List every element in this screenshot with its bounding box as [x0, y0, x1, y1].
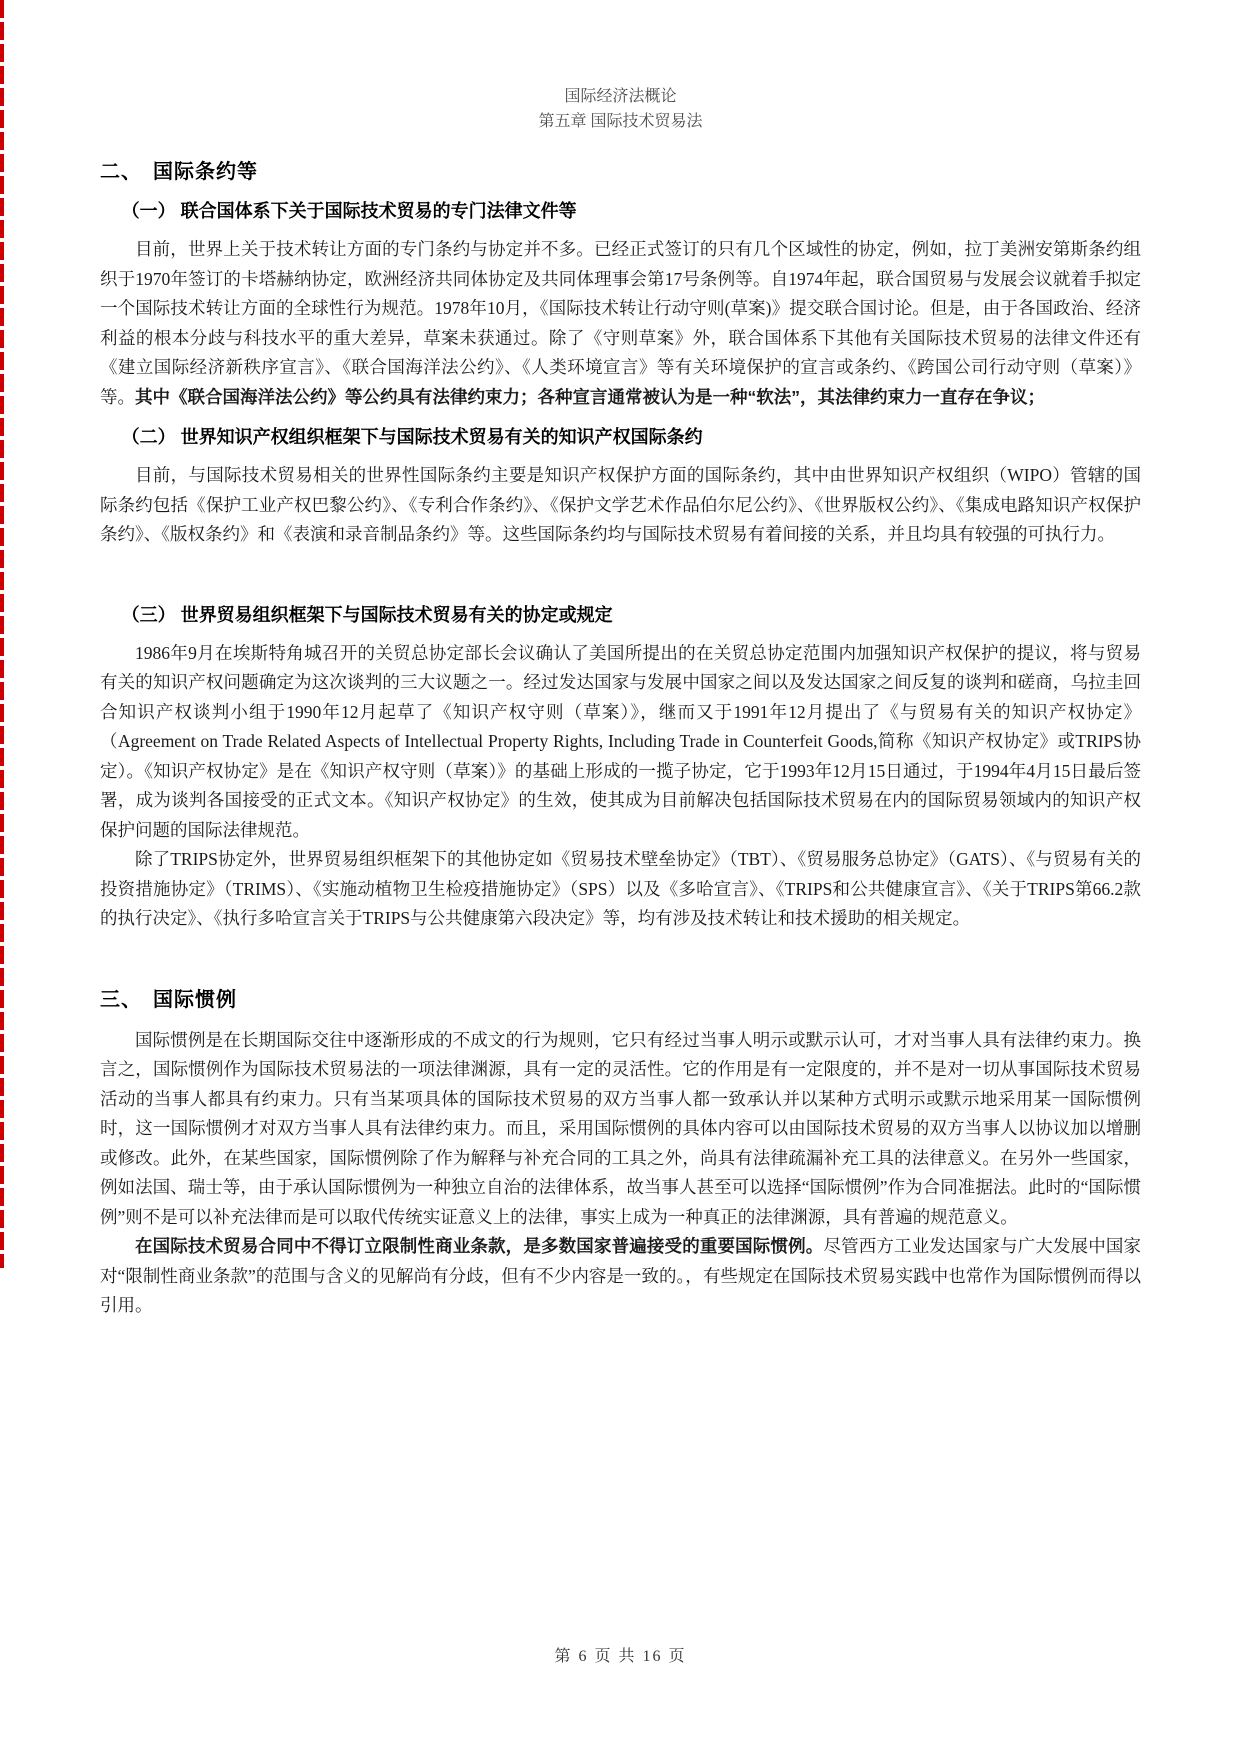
text-run: 国际惯例是在长期国际交往中逐渐形成的不成文的行为规则，它只有经过当事人明示或默示…: [100, 1030, 1141, 1227]
text-run: 二、 国际条约等: [100, 161, 258, 183]
paragraph: 除了TRIPS协定外，世界贸易组织框架下的其他协定如《贸易技术壁垒协定》（TBT…: [100, 845, 1141, 934]
revision-marks-bar: [0, 0, 4, 1268]
page-number: 第 6 页 共 16 页: [554, 1648, 686, 1665]
section-heading: 三、 国际惯例: [100, 986, 1141, 1014]
page-footer: 第 6 页 共 16 页: [0, 1643, 1241, 1666]
document-body: 二、 国际条约等（一） 联合国体系下关于国际技术贸易的专门法律文件等目前，世界上…: [100, 158, 1141, 1321]
section-heading: （二） 世界知识产权组织框架下与国际技术贸易有关的知识产权国际条约: [100, 424, 1141, 451]
text-run: 目前，与国际技术贸易相关的世界性国际条约主要是知识产权保护方面的国际条约，其中由…: [100, 465, 1141, 544]
text-run: 目前，世界上关于技术转让方面的专门条约与协定并不多。已经正式签订的只有几个区域性…: [100, 239, 1141, 407]
paragraph: 目前，世界上关于技术转让方面的专门条约与协定并不多。已经正式签订的只有几个区域性…: [100, 235, 1141, 412]
document-page: 国际经济法概论 第五章 国际技术贸易法 二、 国际条约等（一） 联合国体系下关于…: [0, 0, 1241, 1754]
paragraph: 国际惯例是在长期国际交往中逐渐形成的不成文的行为规则，它只有经过当事人明示或默示…: [100, 1026, 1141, 1233]
header-title: 国际经济法概论: [100, 84, 1141, 109]
page-header: 国际经济法概论 第五章 国际技术贸易法: [100, 84, 1141, 134]
section-heading: （三） 世界贸易组织框架下与国际技术贸易有关的协定或规定: [100, 602, 1141, 629]
paragraph: 1986年9月在埃斯特角城召开的关贸总协定部长会议确认了美国所提出的在关贸总协定…: [100, 639, 1141, 846]
header-chapter: 第五章 国际技术贸易法: [100, 109, 1141, 134]
text-run: 1986年9月在埃斯特角城召开的关贸总协定部长会议确认了美国所提出的在关贸总协定…: [100, 643, 1141, 840]
bold-text-run: 其中《联合国海洋法公约》等公约具有法律约束力；各种宣言通常被认为是一种“软法”，…: [135, 387, 1045, 407]
text-run: （三） 世界贸易组织框架下与国际技术贸易有关的协定或规定: [122, 605, 613, 625]
text-run: 除了TRIPS协定外，世界贸易组织框架下的其他协定如《贸易技术壁垒协定》（TBT…: [100, 849, 1141, 928]
section-heading: 二、 国际条约等: [100, 158, 1141, 186]
text-run: 三、 国际惯例: [100, 989, 237, 1011]
paragraph: 在国际技术贸易合同中不得订立限制性商业条款，是多数国家普遍接受的重要国际惯例。尽…: [100, 1232, 1141, 1321]
bold-text-run: 在国际技术贸易合同中不得订立限制性商业条款，是多数国家普遍接受的重要国际惯例。: [135, 1236, 823, 1256]
text-run: （二） 世界知识产权组织框架下与国际技术贸易有关的知识产权国际条约: [122, 427, 703, 447]
text-run: （一） 联合国体系下关于国际技术贸易的专门法律文件等: [122, 201, 577, 221]
paragraph: 目前，与国际技术贸易相关的世界性国际条约主要是知识产权保护方面的国际条约，其中由…: [100, 461, 1141, 550]
section-heading: （一） 联合国体系下关于国际技术贸易的专门法律文件等: [100, 198, 1141, 225]
